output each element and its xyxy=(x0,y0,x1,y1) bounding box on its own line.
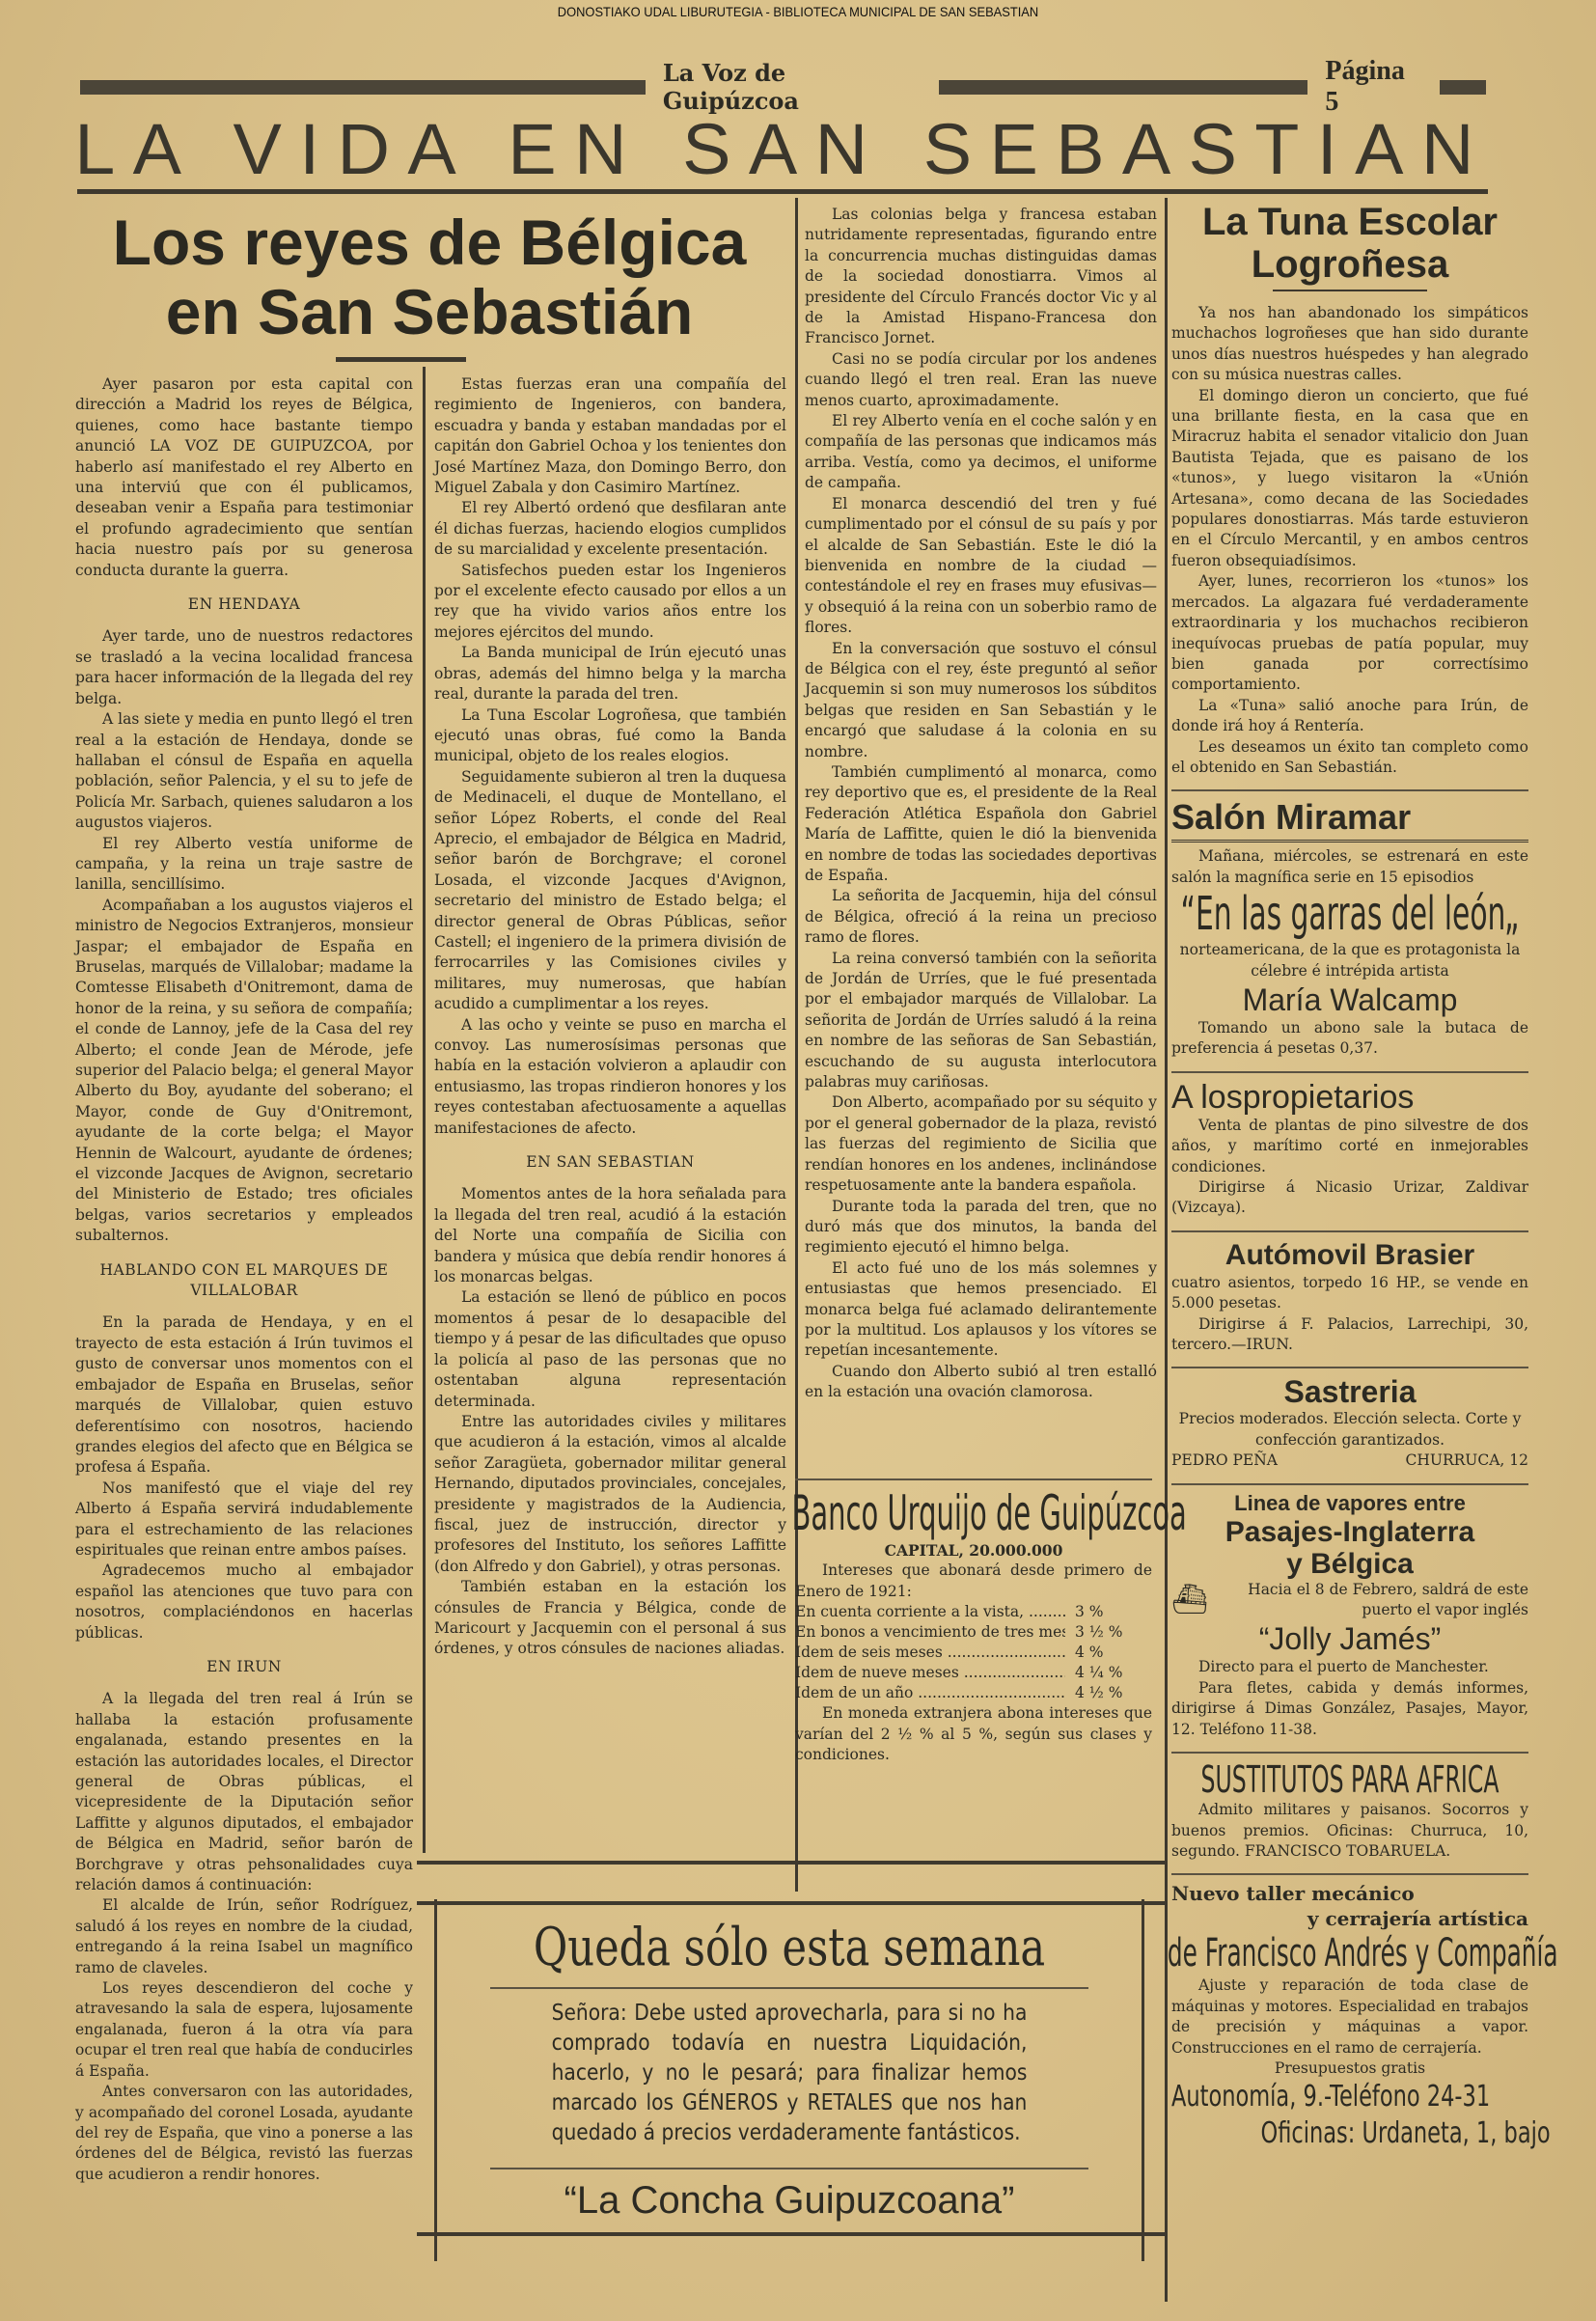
subheading: EN IRUN xyxy=(75,1657,413,1677)
star-name: María Walcamp xyxy=(1171,981,1528,1018)
ad-divider xyxy=(1171,1746,1528,1754)
masthead-rule-right xyxy=(1440,80,1486,95)
miramar-price: Tomando un abono sale la butaca de prefe… xyxy=(1171,1018,1528,1060)
vapores-title-line3: y Bélgica xyxy=(1171,1548,1528,1580)
article-paragraph: El rey Alberto vestía uniforme de campañ… xyxy=(75,834,413,896)
article-paragraph: Ayer, lunes, recorrieron los «tunos» los… xyxy=(1171,571,1528,695)
vapores-body: Hacia el 8 de Febrero, saldrá de este pu… xyxy=(1239,1580,1528,1621)
section-rule xyxy=(77,189,1488,194)
banco-footer: En moneda extranjera abona intereses que… xyxy=(795,1703,1152,1765)
article-paragraph: El rey Albertó ordenó que desfilaran ant… xyxy=(434,498,786,560)
rate-row: En cuenta corriente a la vista, 3 % xyxy=(795,1602,1152,1622)
column-divider xyxy=(423,367,426,1853)
vapores-dest: Directo para el puerto de Manchester. xyxy=(1171,1657,1528,1677)
article-paragraph: Casi no se podía circular por los andene… xyxy=(805,349,1157,411)
ad-divider xyxy=(1171,1225,1528,1232)
article-paragraph: La Tuna Escolar Logroñesa, que también e… xyxy=(434,705,786,767)
article-paragraph: En la conversación que sostuvo el cónsul… xyxy=(805,639,1157,762)
article-paragraph: Cuando don Alberto subió al tren estalló… xyxy=(805,1362,1157,1403)
subheading: EN SAN SEBASTIAN xyxy=(434,1152,786,1173)
propietarios-title: A lospropietarios xyxy=(1171,1079,1528,1116)
subheading: HABLANDO CON EL MARQUES DE VILLALOBAR xyxy=(75,1260,413,1302)
miramar-intro: Mañana, miércoles, se estrenará en este … xyxy=(1171,846,1528,888)
article-paragraph: Don Alberto, acompañado por su séquito y… xyxy=(805,1092,1157,1196)
store-name: “La Concha Guipuzcoana” xyxy=(437,2179,1142,2223)
banco-title: Banco Urquijo de Guipúzcoa xyxy=(792,1486,1156,1540)
taller-body: Ajuste y reparación de toda clase de máq… xyxy=(1171,1976,1528,2059)
taller-firm: de Francisco Andrés y Compañía xyxy=(1168,1931,1532,1976)
article-paragraph: La señorita de Jacquemin, hija del cónsu… xyxy=(805,886,1157,948)
film-desc: norteamericana, de la que es protagonist… xyxy=(1171,940,1528,981)
article-paragraph: Les deseamos un éxito tan completo como … xyxy=(1171,737,1528,779)
ad-divider xyxy=(1171,784,1528,791)
vapores-contact: Para fletes, cabida y demás informes, di… xyxy=(1171,1678,1528,1740)
article-paragraph: A las siete y media en punto llegó el tr… xyxy=(75,709,413,833)
rate-row: Idem de un año 4 ½ % xyxy=(795,1683,1152,1703)
article-paragraph: Acompañaban a los augustos viajeros el m… xyxy=(75,896,413,1247)
queda-body: Señora: Debe usted aprovecharla, para si… xyxy=(552,1999,1028,2148)
double-rule xyxy=(1171,840,1528,843)
la-concha-ad: Queda sólo esta semana Señora: Debe uste… xyxy=(434,1899,1144,2261)
miramar-title: Salón Miramar xyxy=(1171,797,1528,838)
subheading: EN HENDAYA xyxy=(75,594,413,615)
headline-line1: Los reyes de Bélgica xyxy=(68,207,791,277)
taller-offices: Oficinas: Urdaneta, 1, bajo xyxy=(1261,2115,1529,2152)
ad-divider xyxy=(1171,1478,1528,1485)
ad-divider xyxy=(795,1473,1152,1480)
rate-label: Idem de seis meses xyxy=(795,1643,1065,1663)
article-paragraph: Entre las autoridades civiles y militare… xyxy=(434,1412,786,1577)
article-paragraph: Seguidamente subieron al tren la duquesa… xyxy=(434,767,786,1015)
article-paragraph: El monarca descendió del tren y fué cump… xyxy=(805,494,1157,639)
paper-name: La Voz de Guipúzcoa xyxy=(663,59,922,115)
section-title: LA VIDA EN SAN SEBASTIAN xyxy=(66,108,1500,190)
rate-label: En bonos a vencimiento de tres meses xyxy=(795,1622,1065,1643)
taller-title-line2: y cerrajería artística xyxy=(1171,1906,1528,1931)
article-paragraph: Agradecemos mucho al embajador español l… xyxy=(75,1561,413,1644)
rate-label: En cuenta corriente a la vista, xyxy=(795,1602,1065,1622)
brasier-contact: Dirigirse á F. Palacios, Larrechipi, 30,… xyxy=(1171,1314,1528,1356)
sastreria-body: Precios moderados. Elección selecta. Cor… xyxy=(1171,1409,1528,1451)
sastreria-title: Sastreria xyxy=(1171,1374,1528,1409)
article-column-3: Las colonias belga y francesa estaban nu… xyxy=(805,205,1157,1403)
right-column: La Tuna Escolar Logroñesa Ya nos han aba… xyxy=(1171,201,1528,2152)
ad-divider xyxy=(1171,1361,1528,1368)
vapores-title-line1: Linea de vapores entre xyxy=(1171,1491,1528,1516)
taller-note: Presupuestos gratis xyxy=(1171,2059,1528,2079)
taller-title-line1: Nuevo taller mecánico xyxy=(1171,1881,1528,1906)
article-paragraph: El domingo dieron un concierto, que fué … xyxy=(1171,386,1528,572)
main-headline: Los reyes de Bélgica en San Sebastián xyxy=(68,207,791,346)
tuna-title: La Tuna Escolar Logroñesa xyxy=(1171,201,1528,286)
article-paragraph: El alcalde de Irún, señor Rodríguez, sal… xyxy=(75,1895,413,1978)
article-paragraph: Ayer pasaron por esta capital con direcc… xyxy=(75,374,413,581)
ship-name: “Jolly Jamés” xyxy=(1171,1620,1528,1657)
article-paragraph: Ayer tarde, uno de nuestros redactores s… xyxy=(75,626,413,709)
rate-value: 3 ½ % xyxy=(1065,1622,1152,1643)
banco-urquijo-ad: Banco Urquijo de Guipúzcoa CAPITAL, 20.0… xyxy=(795,1467,1152,1765)
masthead-rule-mid xyxy=(939,80,1308,95)
sustitutos-body: Admito militares y paisanos. Socorros y … xyxy=(1171,1800,1528,1862)
article-paragraph: Momentos antes de la hora señalada para … xyxy=(434,1184,786,1287)
banco-intro: Intereses que abonará desde primero de E… xyxy=(795,1561,1152,1602)
article-paragraph: Ya nos han abandonado los simpáticos muc… xyxy=(1171,303,1528,386)
sastreria-owner: PEDRO PEÑA xyxy=(1171,1451,1278,1471)
rate-value: 4 ½ % xyxy=(1065,1683,1152,1703)
article-paragraph: El rey Alberto venía en el coche salón y… xyxy=(805,411,1157,494)
rate-row: Idem de seis meses 4 % xyxy=(795,1643,1152,1663)
article-paragraph: Durante toda la parada del tren, que no … xyxy=(805,1197,1157,1258)
article-paragraph: Los reyes descendieron del coche y atrav… xyxy=(75,1978,413,2082)
sastreria-footer: PEDRO PEÑA CHURRUCA, 12 xyxy=(1171,1451,1528,1471)
article-paragraph: También estaban en la estación los cónsu… xyxy=(434,1577,786,1660)
article-paragraph: La «Tuna» salió anoche para Irún, de don… xyxy=(1171,696,1528,737)
vapores-title-line2: Pasajes-Inglaterra xyxy=(1171,1516,1528,1548)
article-paragraph: La estación se llenó de público en pocos… xyxy=(434,1287,786,1411)
rate-row: Idem de nueve meses 4 ¼ % xyxy=(795,1663,1152,1683)
rate-label: Idem de un año xyxy=(795,1683,1065,1703)
ad-top-rule xyxy=(417,1861,1165,1865)
rate-value: 4 % xyxy=(1065,1643,1152,1663)
brasier-title: Autómovil Brasier xyxy=(1171,1238,1528,1273)
archive-banner: DONOSTIAKO UDAL LIBURUTEGIA - BIBLIOTECA… xyxy=(64,4,1532,19)
column-divider xyxy=(1165,198,1168,2302)
article-paragraph: La Banda municipal de Irún ejecutó unas … xyxy=(434,643,786,705)
sastreria-address: CHURRUCA, 12 xyxy=(1406,1451,1528,1471)
masthead-rule-left xyxy=(80,80,646,95)
article-paragraph: Las colonias belga y francesa estaban nu… xyxy=(805,205,1157,349)
ad-divider xyxy=(490,1981,1088,1989)
headline-line2: en San Sebastián xyxy=(68,277,791,346)
tuna-title-line2: Logroñesa xyxy=(1171,243,1528,286)
headline-underline xyxy=(336,357,466,362)
article-column-1: Ayer pasaron por esta capital con direcc… xyxy=(75,374,413,2185)
tuna-title-line1: La Tuna Escolar xyxy=(1171,201,1528,243)
article-paragraph: Satisfechos pueden estar los Ingenieros … xyxy=(434,561,786,644)
ad-divider xyxy=(1171,1867,1528,1875)
taller-address: Autonomía, 9.-Teléfono 24-31 xyxy=(1171,2079,1440,2115)
article-paragraph: A la llegada del tren real á Irún se hal… xyxy=(75,1689,413,1895)
article-paragraph: A las ocho y veinte se puso en marcha el… xyxy=(434,1015,786,1139)
banco-capital: CAPITAL, 20.000.000 xyxy=(795,1540,1152,1561)
title-underline xyxy=(1273,290,1427,291)
propietarios-body: Venta de plantas de pino silvestre de do… xyxy=(1171,1116,1528,1177)
article-paragraph: La reina conversó también con la señorit… xyxy=(805,949,1157,1093)
sustitutos-title: SUSTITUTOS PARA AFRICA xyxy=(1168,1759,1532,1800)
article-paragraph: Antes conversaron con las autoridades, y… xyxy=(75,2082,413,2185)
rate-value: 4 ¼ % xyxy=(1065,1663,1152,1683)
article-paragraph: Nos manifestó que el viaje del rey Alber… xyxy=(75,1478,413,1561)
article-paragraph: En la parada de Hendaya, y en el trayect… xyxy=(75,1312,413,1478)
steamship-icon: ⛴ xyxy=(1171,1589,1239,1610)
article-paragraph: El acto fué uno de los más solemnes y en… xyxy=(805,1258,1157,1362)
ad-divider xyxy=(490,2162,1088,2169)
ad-bottom-rule xyxy=(417,2232,1165,2236)
vapores-intro: ⛴ Hacia el 8 de Febrero, saldrá de este … xyxy=(1171,1580,1528,1621)
brasier-body: cuatro asientos, torpedo 16 HP., se vend… xyxy=(1171,1273,1528,1314)
rate-label: Idem de nueve meses xyxy=(795,1663,1065,1683)
article-paragraph: Estas fuerzas eran una compañía del regi… xyxy=(434,374,786,498)
film-title: “En las garras del león„ xyxy=(1168,888,1532,940)
article-paragraph: También cumplimentó al monarca, como rey… xyxy=(805,762,1157,886)
propietarios-contact: Dirigirse á Nicasio Urizar, Zaldivar (Vi… xyxy=(1171,1177,1528,1219)
masthead: La Voz de Guipúzcoa Página 5 xyxy=(80,75,1486,98)
queda-title: Queda sólo esta semana xyxy=(508,1917,1071,1977)
rate-row: En bonos a vencimiento de tres meses 3 ½… xyxy=(795,1622,1152,1643)
ad-divider xyxy=(1171,1065,1528,1073)
article-column-2: Estas fuerzas eran una compañía del regi… xyxy=(434,374,786,1660)
rate-value: 3 % xyxy=(1065,1602,1152,1622)
